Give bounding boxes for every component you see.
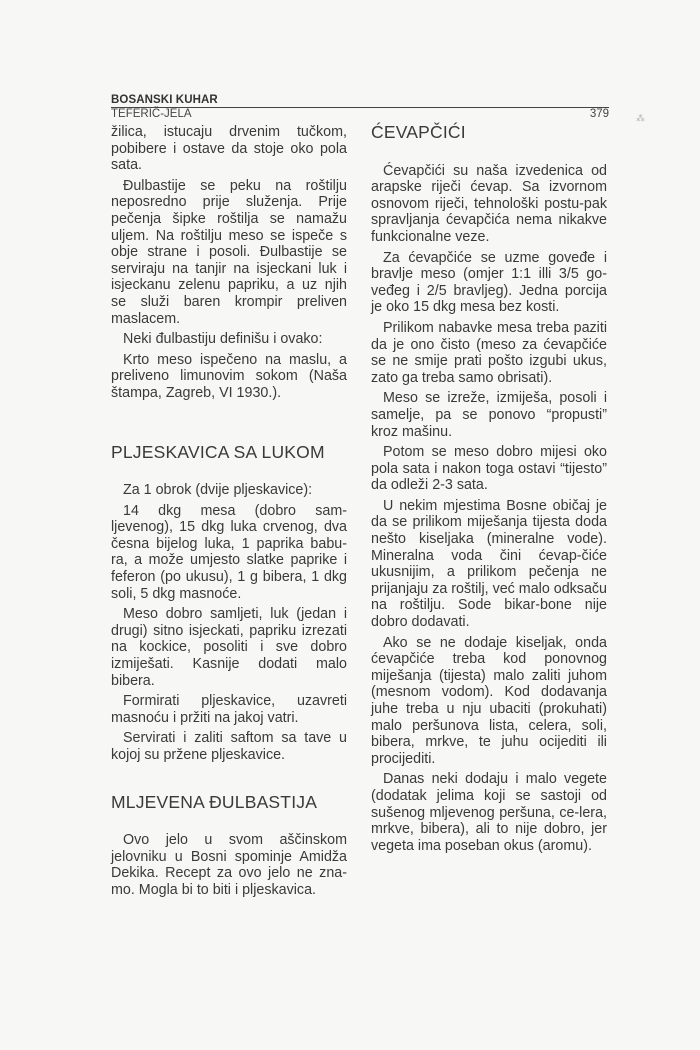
book-title: BOSANSKI KUHAR [111, 94, 609, 106]
paragraph: U nekim mjestima Bosne običaj je da se p… [371, 498, 607, 631]
paragraph: Đulbastije se peku na roštilju neposredn… [111, 178, 347, 327]
paragraph: Ćevapčići su naša izvedenica od arapske … [371, 163, 607, 246]
paragraph: Formirati pljeskavice, uzavreti masnoću … [111, 693, 347, 726]
paragraph: Potom se meso dobro mijesi oko pola sata… [371, 444, 607, 494]
header-row: TEFERIČ-JELA 379 [111, 108, 609, 121]
paragraph: Ovo jelo u svom aščinskom jelovniku u Bo… [111, 832, 347, 898]
paragraph: žilica, istucaju drvenim tučkom, pobiber… [111, 124, 347, 174]
paragraph: Meso dobro samljeti, luk (jedan i drugi)… [111, 606, 347, 689]
section-title-mljevena: MLJEVENA ĐULBASTIJA [111, 794, 347, 811]
paragraph: Danas neki dodaju i malo vegete (dodatak… [371, 771, 607, 854]
scan-speck-icon: ⁂ [636, 113, 646, 121]
paragraph: Neki đulbastiju definišu i ovako: [111, 331, 347, 348]
left-column: žilica, istucaju drvenim tučkom, pobiber… [111, 124, 347, 903]
running-header: BOSANSKI KUHAR TEFERIČ-JELA 379 [111, 94, 609, 121]
right-column: ĆEVAPČIĆI Ćevapčići su naša izvedenica o… [371, 124, 607, 858]
paragraph: Ako se ne dodaje kiseljak, onda ćevapčić… [371, 635, 607, 768]
paragraph: Servirati i zaliti saftom sa tave u kojo… [111, 730, 347, 763]
paragraph: 14 dkg mesa (dobro sam-ljevenog), 15 dkg… [111, 503, 347, 603]
section-title-pljeskavica: PLJESKAVICA SA LUKOM [111, 444, 347, 461]
page-number: 379 [590, 108, 609, 121]
paragraph: Meso se izreže, izmiješa, posoli i samel… [371, 390, 607, 440]
chapter-title: TEFERIČ-JELA [111, 108, 192, 121]
paragraph: Prilikom nabavke mesa treba paziti da je… [371, 320, 607, 386]
paragraph: Za 1 obrok (dvije pljeskavice): [111, 482, 347, 499]
paragraph: Za ćevapčiće se uzme goveđe i bravlje me… [371, 250, 607, 316]
paragraph: Krto meso ispečeno na maslu, a preliveno… [111, 352, 347, 402]
section-title-cevapcici: ĆEVAPČIĆI [371, 124, 607, 141]
